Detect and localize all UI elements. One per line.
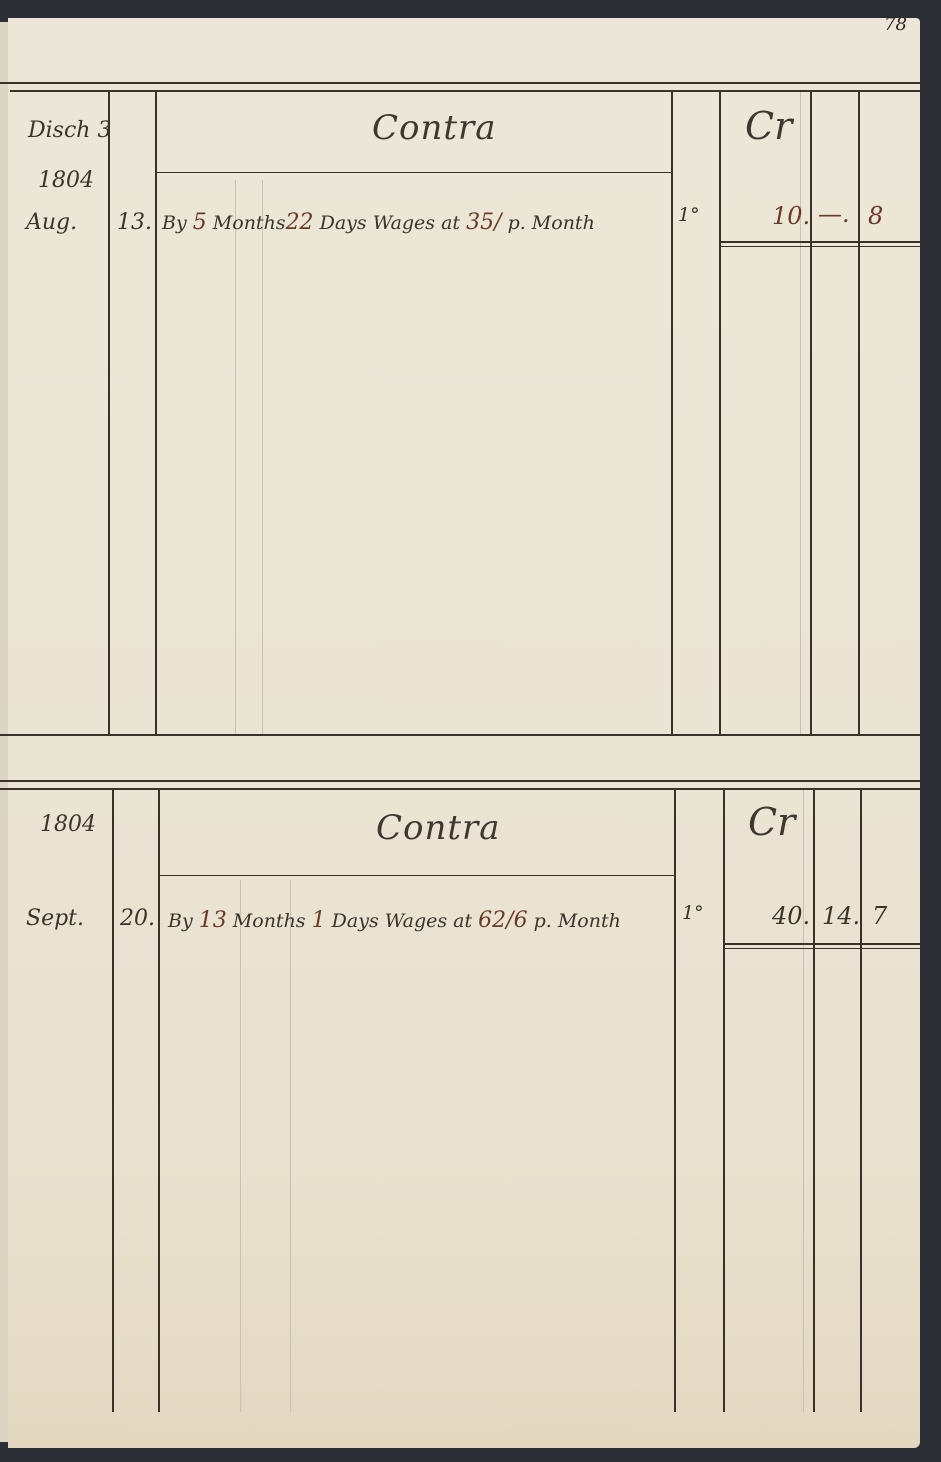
entry-rate: 62/6: [478, 908, 527, 933]
entry-by: By: [168, 910, 193, 932]
entry-description: By 13 Months 1 Days Wages at 62/6 p. Mon…: [168, 908, 621, 933]
entry-days-count: 1: [312, 908, 326, 933]
col-divider-folio: [671, 92, 673, 736]
entry-day: 20.: [120, 906, 155, 931]
amount-pence: 7: [872, 902, 887, 930]
credit-label-text: Cr: [745, 104, 792, 148]
faint-guide: [240, 880, 241, 1412]
amount-pounds: 10.: [772, 202, 810, 230]
col-divider-day: [158, 790, 160, 1412]
top-rule: [0, 780, 920, 782]
faint-guide: [262, 180, 263, 736]
section-title: Contra: [376, 808, 501, 848]
section-title: Contra: [372, 108, 497, 148]
entry-days-count: 22: [286, 210, 314, 235]
top-rule-inner: [0, 788, 920, 790]
entry-months-count: 5: [193, 210, 207, 235]
col-divider-date: [112, 790, 114, 1412]
credit-label: Cr: [748, 800, 795, 844]
col-divider-pence: [860, 790, 862, 1412]
faint-guide: [803, 790, 804, 1412]
entry-days-label: Days Wages at: [332, 910, 472, 932]
entry-rate-unit: p. Month: [534, 910, 621, 932]
entry-folio: 1°: [682, 902, 704, 924]
entry-description: By 5 Months22 Days Wages at 35/ p. Month: [162, 210, 595, 235]
amount-shillings: —.: [818, 200, 850, 228]
total-rule-inner: [720, 246, 920, 247]
faint-guide: [800, 92, 801, 736]
credit-label-text: Cr: [748, 800, 795, 844]
top-rule: [0, 82, 920, 84]
total-rule: [720, 241, 920, 243]
total-rule-inner: [724, 948, 920, 949]
faint-guide: [235, 180, 236, 736]
entry-months-label: Months: [213, 212, 286, 234]
col-divider-pounds: [723, 790, 725, 1412]
margin-note: Disch 3: [28, 118, 111, 143]
col-divider-shillings: [813, 790, 815, 1412]
col-divider-folio: [674, 790, 676, 1412]
entry-day: 13.: [117, 210, 152, 235]
entry-folio: 1°: [678, 204, 700, 226]
header-rule: [156, 172, 672, 173]
amount-shillings: 14.: [822, 902, 860, 930]
col-divider-pence: [858, 92, 860, 736]
entry-rate: 35/: [466, 210, 501, 235]
faint-guide: [290, 880, 291, 1412]
bottom-rule: [0, 734, 920, 736]
page-number: 78: [884, 14, 907, 35]
total-rule: [724, 943, 920, 945]
entry-month: Aug.: [26, 210, 77, 235]
entry-by: By: [162, 212, 187, 234]
col-divider-day: [155, 92, 157, 736]
entry-rate-unit: p. Month: [508, 212, 595, 234]
credit-label: Cr: [745, 104, 792, 148]
entry-months-label: Months: [233, 910, 306, 932]
entry-year: 1804: [38, 168, 94, 193]
top-rule-inner: [10, 90, 920, 92]
col-divider-date: [108, 92, 110, 736]
col-divider-pounds: [719, 92, 721, 736]
entry-months-count: 13: [199, 908, 227, 933]
entry-days-label: Days Wages at: [320, 212, 460, 234]
col-divider-shillings: [810, 92, 812, 736]
header-rule: [160, 875, 675, 876]
entry-month: Sept.: [26, 906, 84, 931]
amount-pence: 8: [868, 202, 883, 230]
amount-pounds: 40.: [772, 902, 810, 930]
entry-year: 1804: [40, 812, 96, 837]
